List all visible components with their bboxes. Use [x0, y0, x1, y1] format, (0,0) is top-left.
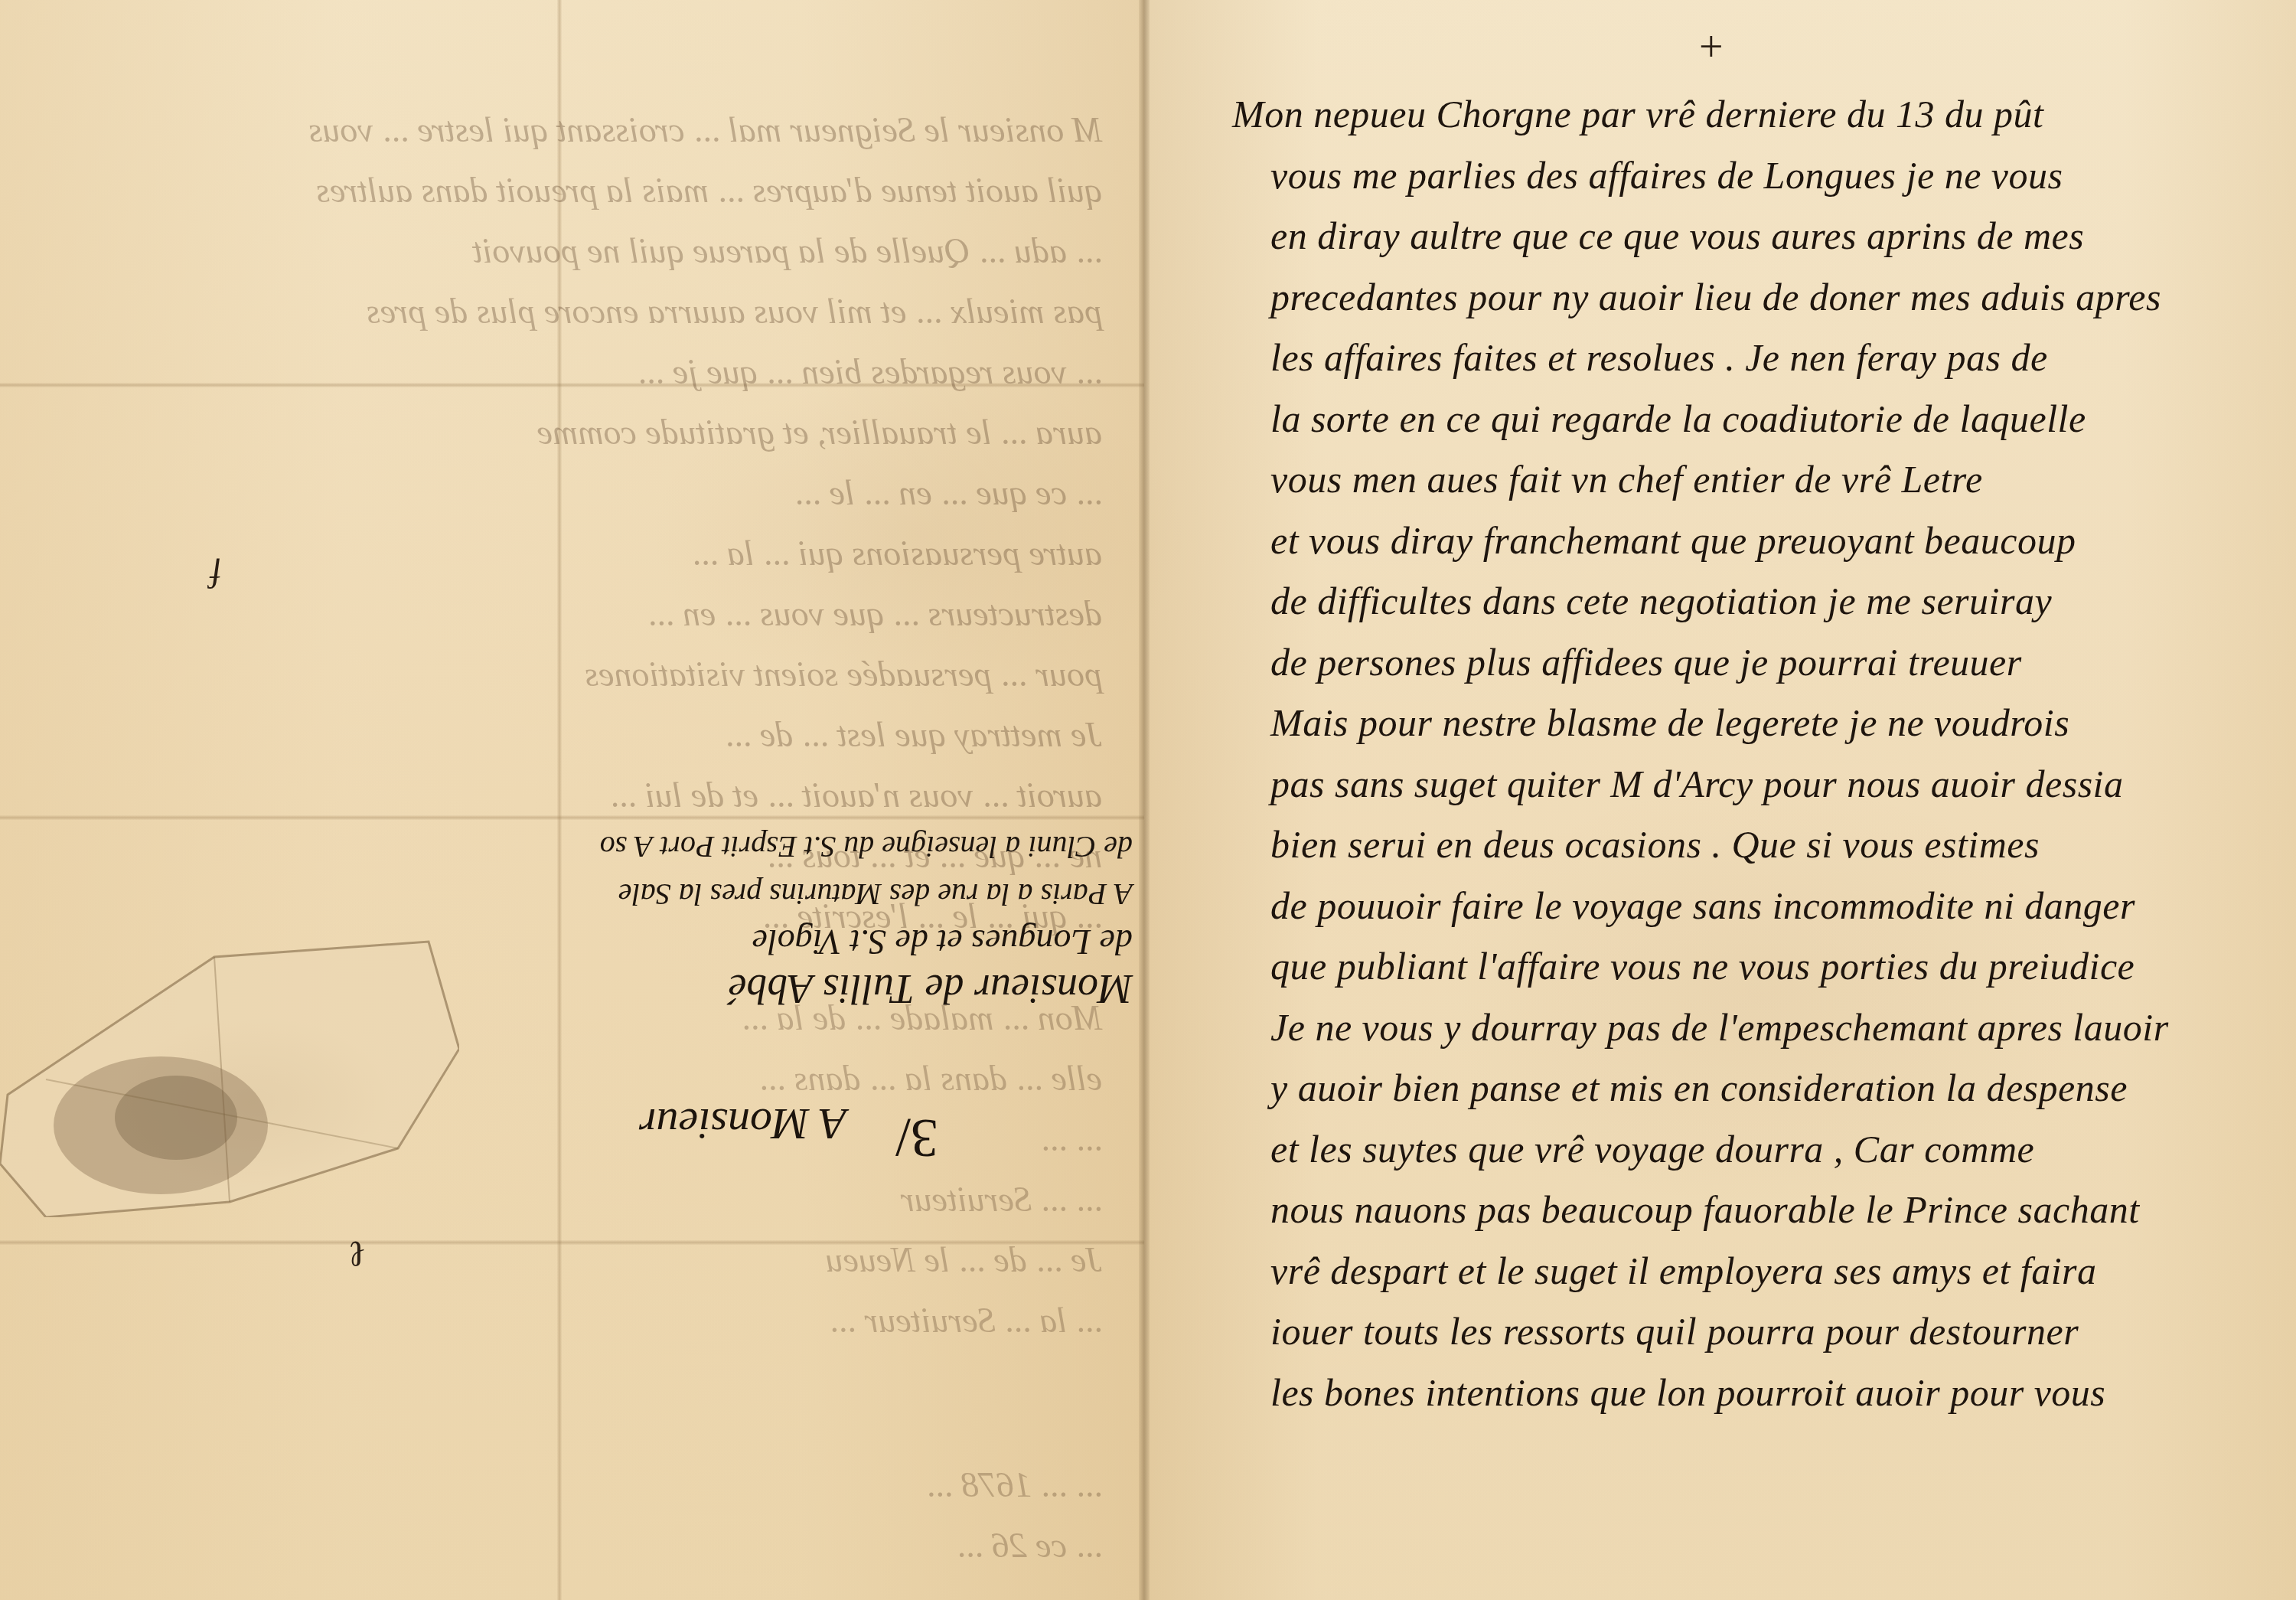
letter-line: Je ne vous y dourray pas de l'empeschema… [1232, 998, 2250, 1059]
ink-flourish: ℓ [348, 1233, 366, 1275]
letter-line: Mais pour nestre blasme de legerete je n… [1232, 693, 2250, 754]
bleed-line: M onsieur le Seigneur mal ... croissant … [46, 100, 1102, 160]
letter-line: pas sans suget quiter M d'Arcy pour nous… [1232, 754, 2250, 815]
bleed-line: autre persuasions qui ... la ... [46, 523, 1102, 583]
bleed-line: pour ... persuadée soient visitationes [46, 644, 1102, 704]
bleed-line: ... vous regardes bien ... que je ... [46, 341, 1102, 402]
letter-body: Mon nepueu Chorgne par vrê derniere du 1… [1232, 84, 2250, 1423]
salutation-monsieur: A Monsieur [639, 1099, 846, 1150]
letter-line: bien serui en deus ocasions . Que si vou… [1232, 815, 2250, 876]
letter-line: vrê despart et le suget il employera ses… [1232, 1241, 2250, 1302]
cross-mark: + [1699, 23, 1724, 72]
manuscript-sheet: M onsieur le Seigneur mal ... croissant … [0, 0, 2296, 1600]
letter-line: de difficultes dans cete negotiation je … [1232, 571, 2250, 632]
letter-line: et les suytes que vrê voyage dourra , Ca… [1232, 1119, 2250, 1180]
center-fold-line [1139, 0, 1150, 1600]
letter-line: precedantes pour ny auoir lieu de doner … [1232, 267, 2250, 328]
letter-line: les affaires faites et resolues . Je nen… [1232, 328, 2250, 389]
letter-line: et vous diray franchemant que preuoyant … [1232, 511, 2250, 572]
bleed-line: ... ce 26 ... [46, 1515, 1102, 1576]
letter-line: de persones plus affidees que je pourrai… [1232, 632, 2250, 694]
bleed-line: destructeurs ... que vous ... en ... [46, 583, 1102, 644]
address-line-title: de Longues et de S.t Vigole [582, 918, 1133, 965]
letter-line: que publiant l'affaire vous ne vous port… [1232, 936, 2250, 998]
letter-line: nous nauons pas beaucoup fauorable le Pr… [1232, 1180, 2250, 1241]
letter-line: Mon nepueu Chorgne par vrê derniere du 1… [1232, 84, 2250, 145]
bleed-line: ... la ... Seruiteur ... [46, 1290, 1102, 1350]
address-line-sign: de Cluni a lenseigne du S.t Esprit Port … [582, 823, 1133, 870]
bleed-line: Je ... de ... le Neueu [46, 1229, 1102, 1290]
bleed-through-docket: ... ... 1678 ... ... ce 26 ... [46, 1455, 1102, 1576]
bleed-through-text-upper: M onsieur le Seigneur mal ... croissant … [46, 100, 1102, 946]
bleed-line: ... adu ... Quelle de la pareue quil ne … [46, 220, 1102, 281]
bleed-line: Je mettray que lest ... de ... [46, 704, 1102, 765]
bleed-line: ... ce que ... en ... le ... [46, 462, 1102, 523]
ink-flourish: ƒ [205, 555, 223, 597]
letter-line: vous men aues fait vn chef entier de vrê… [1232, 449, 2250, 511]
address-line-street: A Paris a la rue des Maturins pres la Sa… [582, 870, 1133, 918]
letter-line: en diray aultre que ce que vous aures ap… [1232, 206, 2250, 267]
bleed-line: auroit ... vous n'auoit ... et de lui ..… [46, 765, 1102, 825]
letter-line: les bones intentions que lon pourroit au… [1232, 1363, 2250, 1424]
folio-number-mark: 3/ [895, 1106, 938, 1170]
address-line-recipient: Monsieur de Tullis Abbé [582, 965, 1133, 1013]
letter-line: iouer touts les ressorts quil pourra pou… [1232, 1301, 2250, 1363]
letter-line: la sorte en ce qui regarde la coadiutori… [1232, 389, 2250, 450]
bleed-line: quil auoit tenue d'aupres ... mais la pr… [46, 160, 1102, 220]
wax-seal-remnant [0, 896, 459, 1217]
letter-line: y auoir bien panse et mis en considerati… [1232, 1058, 2250, 1119]
bleed-line: aura ... le trauallier, et gratitude com… [46, 402, 1102, 462]
bleed-line: pas mieulx ... et mil vous auurra encore… [46, 281, 1102, 341]
bleed-line: ... ... 1678 ... [46, 1455, 1102, 1515]
letter-line: de pouuoir faire le voyage sans incommod… [1232, 876, 2250, 937]
address-block: Monsieur de Tullis Abbé de Longues et de… [582, 823, 1133, 1013]
letter-line: vous me parlies des affaires de Longues … [1232, 145, 2250, 207]
